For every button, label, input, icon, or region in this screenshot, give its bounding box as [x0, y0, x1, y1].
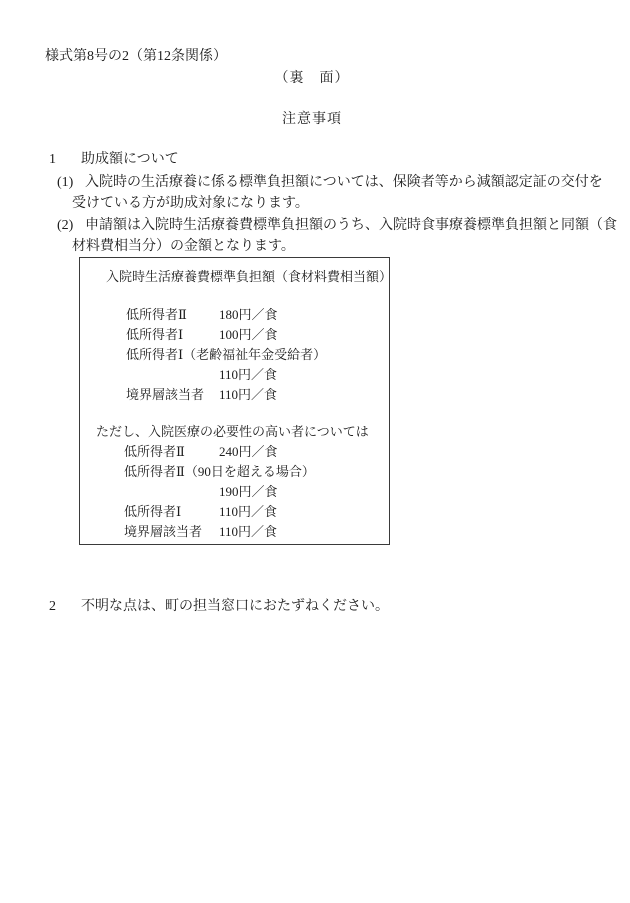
row-label: 境界層該当者	[126, 387, 204, 403]
item-2-text: 申請額は入院時生活療養費標準負担額のうち、入院時食事療養標準負担額と同額（食	[85, 218, 617, 235]
row-label: 低所得者Ⅱ	[124, 444, 185, 460]
row-label: 境界層該当者	[124, 524, 202, 540]
item-2-number: (2)	[57, 218, 73, 235]
row-label: 低所得者Ⅱ	[126, 307, 187, 323]
exception-row: 190円／食	[80, 484, 389, 501]
exception-heading: ただし、入院医療の必要性の高い者については	[96, 424, 369, 440]
section1-number: 1	[49, 152, 56, 169]
row-value: 110円／食	[219, 504, 277, 520]
row-value: 180円／食	[219, 307, 278, 323]
standard-row: 低所得者Ⅱ 180円／食	[80, 307, 389, 324]
standard-row: 110円／食	[80, 367, 389, 384]
item-1-number: (1)	[57, 175, 73, 192]
row-label: 低所得者Ⅰ（老齢福祉年金受給者）	[126, 347, 326, 363]
item-1-text: 入院時の生活療養に係る標準負担額については、保険者等から減額認定証の交付を	[85, 175, 603, 192]
section2-text: 不明な点は、町の担当窓口におたずねください。	[81, 599, 389, 616]
row-value: 110円／食	[219, 387, 277, 403]
standard-row: 低所得者Ⅰ（老齢福祉年金受給者）	[80, 347, 389, 364]
document-page: 様式第8号の2（第12条関係） （裏 面） 注意事項 1 助成額について (1)…	[0, 0, 630, 903]
row-value: 190円／食	[219, 484, 278, 500]
row-value: 110円／食	[219, 367, 277, 383]
row-label: 低所得者Ⅱ（90日を超える場合）	[124, 464, 315, 480]
row-value: 100円／食	[219, 327, 278, 343]
standard-row: 境界層該当者 110円／食	[80, 387, 389, 404]
exception-row: 低所得者Ⅱ（90日を超える場合）	[80, 464, 389, 481]
item-2-line-2: 材料費相当分）の金額となります。	[72, 239, 295, 256]
row-value: 110円／食	[219, 524, 277, 540]
form-number: 様式第8号の2（第12条関係）	[45, 49, 227, 66]
exception-row: 低所得者Ⅰ 110円／食	[80, 504, 389, 521]
standard-row: 低所得者Ⅰ 100円／食	[80, 327, 389, 344]
item-1-line-2: 受けている方が助成対象になります。	[72, 196, 309, 213]
section1-heading: 助成額について	[81, 152, 179, 169]
fee-table-title: 入院時生活療養費標準負担額（食材料費相当額）	[106, 269, 392, 285]
row-label: 低所得者Ⅰ	[124, 504, 181, 520]
side-label: （裏 面）	[0, 71, 624, 88]
row-label: 低所得者Ⅰ	[126, 327, 183, 343]
row-value: 240円／食	[219, 444, 278, 460]
exception-row: 境界層該当者 110円／食	[80, 524, 389, 541]
page-title: 注意事項	[0, 112, 624, 129]
fee-table-box: 入院時生活療養費標準負担額（食材料費相当額） 低所得者Ⅱ 180円／食 低所得者…	[79, 257, 390, 545]
exception-row: 低所得者Ⅱ 240円／食	[80, 444, 389, 461]
section2-number: 2	[49, 599, 56, 616]
